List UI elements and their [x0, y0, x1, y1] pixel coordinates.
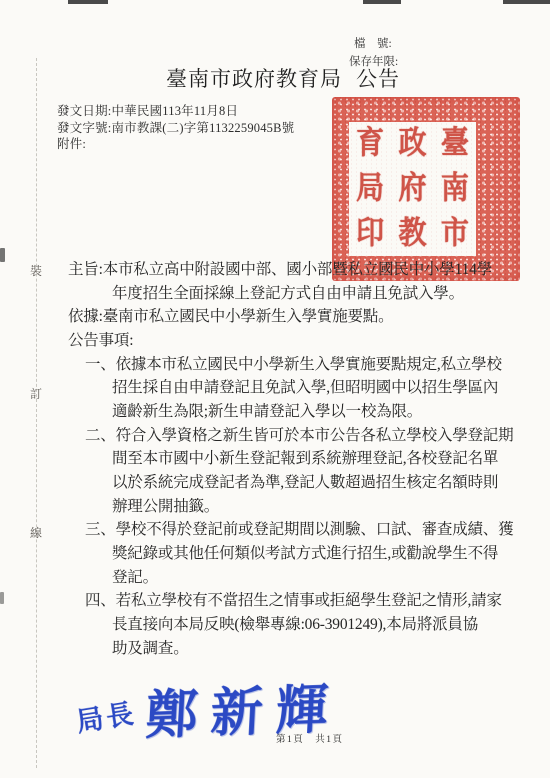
document-title: 臺南市政府教育局公告: [166, 63, 400, 93]
scanned-official-announcement: 裝 訂 線 檔 號: 保存年限: 臺南市政府教育局公告 發文日期:中華民國113…: [0, 0, 550, 778]
body-line: 獎紀錄或其他任何類似考試方式進行招生,或勸說學生不得: [68, 542, 513, 566]
scan-smudge: [0, 248, 5, 262]
seal-character: 育: [356, 129, 384, 160]
document-number: 發文字號:南市教課(二)字第1132259045B號: [57, 120, 294, 137]
body-line: 助及調查。: [68, 637, 513, 661]
seal-character: 教: [399, 218, 427, 249]
issuing-organization: 臺南市政府教育局: [166, 67, 342, 91]
binding-mark-ding: 訂: [30, 385, 42, 402]
body-line: 適齡新生為限;新生申請登記入學以一校為限。: [68, 400, 513, 424]
body-line: 辦理公開抽籤。: [68, 495, 513, 519]
body-line: 依據:臺南市私立國民中小學新生入學實施要點。: [68, 305, 513, 329]
body-line: 招生採自由申請登記且免試入學,但昭明國中以招生學區內: [68, 376, 513, 400]
body-line: 一、依據本市私立國民中小學新生入學實施要點規定,私立學校: [68, 353, 513, 377]
binding-dashed-line: [36, 58, 37, 768]
seal-character: 南: [441, 173, 469, 204]
binding-mark-zhuang: 裝: [30, 262, 42, 279]
body-line: 間至本市國中小新生登記報到系統辦理登記,各校登記名單: [68, 447, 513, 471]
seal-character: 局: [356, 173, 384, 204]
seal-character: 政: [399, 129, 427, 160]
body-text: 主旨:本市私立高中附設國中部、國小部暨私立國民中小學114學年度招生全面採線上登…: [68, 258, 513, 660]
body-line: 四、若私立學校有不當招生之情事或拒絕學生登記之情形,請家: [68, 589, 513, 613]
official-red-seal: 臺南市政府教育局印: [332, 97, 520, 281]
document-type: 公告: [356, 67, 400, 91]
body-line: 長直接向本局反映(檢舉專線:06-3901249),本局將派員協: [68, 613, 513, 637]
attachment-label: 附件:: [57, 136, 294, 153]
body-line: 年度招生全面採線上登記方式自由申請且免試入學。: [68, 282, 513, 306]
scan-artifact: [68, 0, 108, 4]
seal-character: 臺: [441, 129, 469, 160]
scan-artifact: [363, 0, 401, 4]
signature-title: 局長: [73, 692, 138, 740]
body-line: 二、符合入學資格之新生皆可於本市公告各私立學校入學登記期: [68, 424, 513, 448]
binding-mark-xian: 線: [30, 524, 42, 541]
body-line: 三、學校不得於登記前或登記期間以測驗、口試、審查成績、獲: [68, 518, 513, 542]
issue-date: 發文日期:中華民國113年11月8日: [57, 103, 294, 120]
scan-artifact: [503, 0, 550, 4]
body-line: 公告事項:: [68, 329, 513, 353]
scan-smudge: [0, 592, 4, 604]
seal-characters: 臺南市政府教育局印: [349, 122, 476, 256]
body-line: 登記。: [68, 566, 513, 590]
seal-character: 府: [399, 173, 427, 204]
document-meta: 發文日期:中華民國113年11月8日 發文字號:南市教課(二)字第1132259…: [57, 103, 294, 153]
seal-character: 印: [356, 218, 384, 249]
body-line: 主旨:本市私立高中附設國中部、國小部暨私立國民中小學114學: [68, 258, 513, 282]
body-line: 以於系統完成登記者為準,登記人數超過招生核定名額時則: [68, 471, 513, 495]
file-number-label: 檔 號:: [354, 35, 392, 51]
page-number: 第1頁 共1頁: [276, 731, 344, 745]
seal-character: 市: [441, 218, 469, 249]
